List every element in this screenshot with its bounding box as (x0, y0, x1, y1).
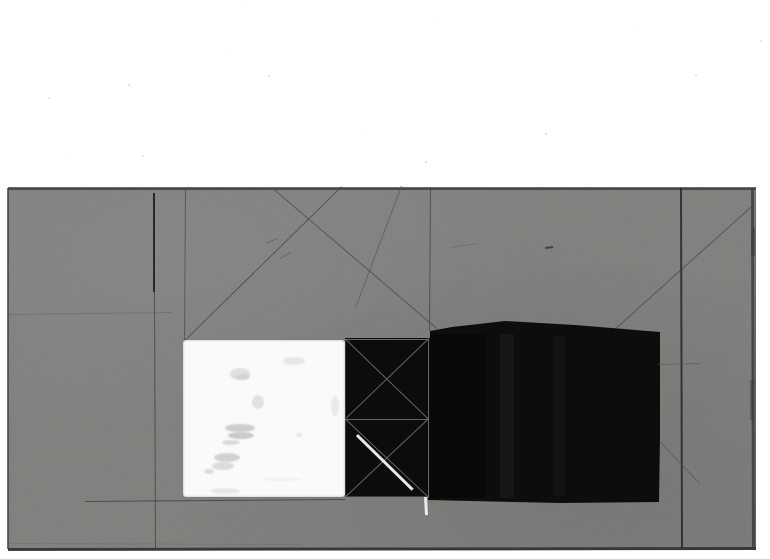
dust-speck (230, 52, 231, 53)
dust-speck (545, 133, 547, 135)
dust-speck (365, 131, 366, 132)
dust-speck (70, 157, 71, 158)
dust-speck (639, 29, 640, 30)
dust-speck (48, 97, 50, 99)
black-x-square (345, 338, 430, 497)
dust-speck (432, 19, 433, 20)
dust-speck (142, 155, 144, 157)
dust-speck (268, 75, 270, 77)
artwork-photo (0, 0, 770, 559)
white-painted-square (183, 340, 345, 497)
dust-speck (760, 40, 762, 42)
dust-speck (128, 84, 130, 86)
dust-speck (425, 161, 427, 163)
dust-speck (244, 7, 245, 8)
dust-speck (695, 74, 697, 76)
